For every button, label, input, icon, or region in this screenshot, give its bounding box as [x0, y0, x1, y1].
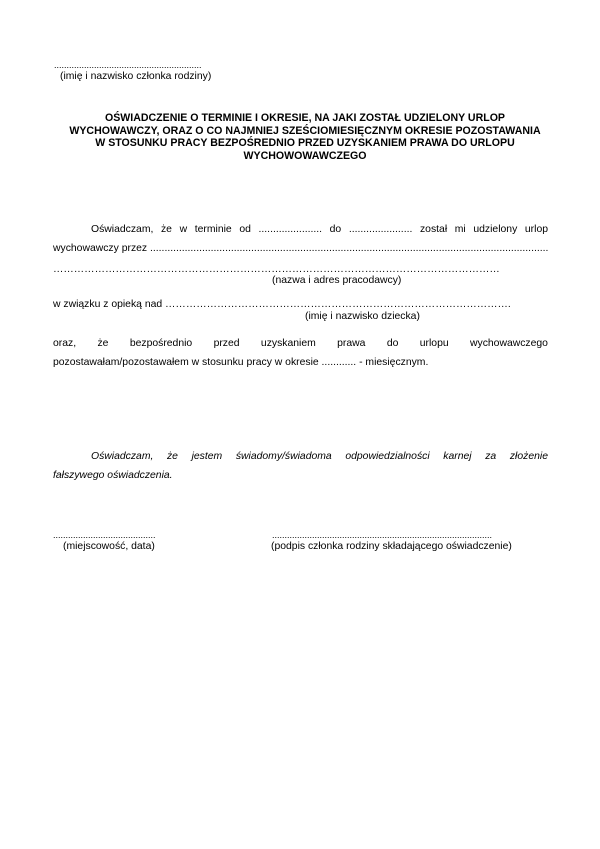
word: w — [180, 223, 188, 236]
word: prawa — [337, 337, 365, 350]
word: że — [167, 450, 178, 463]
word: do — [387, 337, 399, 350]
leave-period-line: Oświadczam, że w terminie od ...........… — [91, 223, 548, 236]
word: uzyskaniem — [261, 337, 316, 350]
word: udzielony — [473, 223, 517, 236]
word: za — [485, 450, 496, 463]
word: karnej — [443, 450, 471, 463]
employment-statement-line: oraz, że bezpośrednio przed uzyskaniem p… — [53, 337, 548, 350]
word: wychowawczego — [470, 337, 548, 350]
word: Oświadczam, — [91, 223, 153, 236]
word: złożenie — [510, 450, 548, 463]
place-date-field[interactable]: ........................................… — [53, 530, 156, 540]
family-member-name-field[interactable]: ........................................… — [54, 60, 202, 70]
signature-label: (podpis członka rodziny składającego ośw… — [271, 541, 512, 553]
title-line: OŚWIADCZENIE O TERMINIE I OKRESIE, NA JA… — [52, 112, 558, 125]
employment-period-line[interactable]: pozostawałam/pozostawałem w stosunku pra… — [53, 356, 428, 369]
word: odpowiedzialności — [345, 450, 429, 463]
child-name-label: (imię i nazwisko dziecka) — [305, 311, 420, 323]
word: urlop — [525, 223, 548, 236]
employer-label: (nazwa i adres pracodawcy) — [272, 275, 401, 287]
word: Oświadczam, — [91, 450, 153, 463]
word: urlopu — [420, 337, 449, 350]
word: że — [97, 337, 108, 350]
title-line: WYCHOWAWCZY, ORAZ O CO NAJMNIEJ SZEŚCIOM… — [52, 125, 558, 138]
title-line: WYCHOWOWAWCZEGO — [52, 150, 558, 163]
title-line: W STOSUNKU PRACY BEZPOŚREDNIO PRZED UZYS… — [52, 137, 558, 150]
document-page: ........................................… — [0, 0, 600, 849]
document-title: OŚWIADCZENIE O TERMINIE I OKRESIE, NA JA… — [52, 112, 558, 162]
liability-statement-end: fałszywego oświadczenia. — [53, 469, 173, 482]
word: że — [161, 223, 172, 236]
word: do — [330, 223, 342, 236]
liability-statement-line: Oświadczam, że jestem świadomy/świadoma … — [91, 450, 548, 463]
word: został — [420, 223, 447, 236]
word: przed — [214, 337, 240, 350]
signature-field[interactable]: ........................................… — [272, 530, 492, 540]
word: bezpośrednio — [130, 337, 192, 350]
word: terminie — [195, 223, 232, 236]
date-from-field[interactable]: ...................... — [259, 223, 323, 236]
date-to-field[interactable]: ...................... — [349, 223, 413, 236]
word: oraz, — [53, 337, 76, 350]
word: mi — [455, 223, 466, 236]
word: od — [239, 223, 251, 236]
word: świadomy/świadoma — [236, 450, 332, 463]
place-date-label: (miejscowość, data) — [63, 541, 155, 553]
word: jestem — [192, 450, 223, 463]
employer-field[interactable]: wychowawczy przez ......................… — [53, 242, 548, 255]
family-member-name-label: (imię i nazwisko członka rodziny) — [60, 71, 211, 83]
child-name-field[interactable]: w związku z opieką nad ……………………………………………… — [53, 298, 548, 311]
